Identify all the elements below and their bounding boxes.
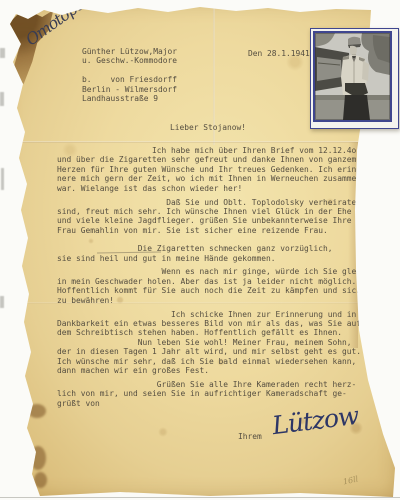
paragraph: Wenn es nach mir ginge, würde ich Sie gl… (57, 267, 369, 305)
edge-stain (28, 404, 46, 418)
text-line: sind, freut mich sehr. Ich wünsche Ihnen… (57, 207, 369, 216)
paragraph: Ich habe mich über Ihren Brief vom 12.12… (57, 146, 369, 193)
paragraph: Ich schicke Ihnen zur Erinnerung und inD… (57, 310, 369, 376)
address-line: b. von Friesdorff (82, 75, 177, 84)
text-line: Ich wünsche mir sehr, daß ich Sie bald e… (57, 357, 369, 366)
scan-edge-line (0, 497, 400, 498)
text-line: Hoffentlich kommt für Sie auch noch die … (57, 286, 369, 295)
text-line: dem Schreibtisch stehen haben. Hoffentli… (57, 328, 369, 337)
text-line: Wenn es nach mir ginge, würde ich Sie gl… (57, 267, 369, 276)
address-line: Landhausstraße 9 (82, 94, 177, 103)
closing-word: Ihrem (238, 432, 262, 441)
text-line: dann machen wir ein großes Fest. (57, 366, 369, 375)
scan-edge-artifact (1, 168, 4, 190)
text-line: Frau Gemahlin von mir. Sie ist sicher ei… (57, 226, 369, 235)
address-line: Günther Lützow,Major (82, 47, 177, 56)
text-line: sie sind heil und gut in meine Hände gek… (57, 254, 369, 263)
horizontal-fold-crease (10, 141, 358, 143)
pencil-mark: 16ll (342, 475, 359, 487)
text-line: Dankbarkeit ein etwas besseres Bild von … (57, 319, 369, 328)
text-line: Daß Sie und Oblt. Toplodolsky verheirate… (57, 198, 369, 207)
sender-address-block: Günther Lützow,Majoru. Geschw.-Kommodore… (82, 47, 177, 103)
address-line (82, 66, 177, 75)
text-line: der in diesen Tagen 1 Jahr alt wird, und… (57, 347, 369, 356)
text-line: Nun leben Sie wohl! Meiner Frau, meinem … (57, 338, 369, 347)
portrait-photo (310, 28, 399, 129)
portrait-photo-image (315, 33, 390, 120)
text-line: zu bewähren! (57, 296, 369, 305)
scan-edge-artifact (0, 48, 5, 58)
photo-frame-inner-border (313, 31, 392, 122)
text-line: in mein Geschwader holen. Aber das ist j… (57, 277, 369, 286)
text-line: lich von mir, und seien Sie in aufrichti… (57, 389, 369, 398)
text-line: nere mich gern der Zeit, wo ich mit Ihne… (57, 174, 369, 183)
text-line: Grüßen Sie alle Ihre Kameraden recht her… (57, 380, 369, 389)
scanned-letter-page: { "colors":{ "paper_base":"#eeda9f", "pa… (0, 0, 400, 500)
text-line: Ich schicke Ihnen zur Erinnerung und in (57, 310, 369, 319)
address-line: Berlin - Wilmersdorf (82, 85, 177, 94)
scan-edge-artifact (0, 296, 4, 308)
text-line: Ich habe mich über Ihren Brief vom 12.12… (57, 146, 369, 155)
edge-stain (34, 472, 47, 488)
handwritten-note: Omotopuus! (22, 0, 138, 49)
paragraph: Die Zigaretten schmecken ganz vorzüglich… (57, 244, 369, 263)
text-line: Die Zigaretten schmecken ganz vorzüglich… (57, 244, 369, 253)
paragraph: Daß Sie und Oblt. Toplodolsky verheirate… (57, 198, 369, 236)
text-line: war. Wielange ist das schon wieder her! (57, 184, 369, 193)
letter-body: Ich habe mich über Ihren Brief vom 12.12… (57, 146, 369, 408)
address-line: u. Geschw.-Kommodore (82, 56, 177, 65)
edge-stain (30, 446, 46, 470)
letter-date: Den 28.1.1941 (248, 49, 310, 58)
text-line: und über die Zigaretten sehr gefreut und… (57, 155, 369, 164)
salutation: Lieber Stojanow! (170, 123, 246, 132)
text-line: Herzen für Ihre guten Wünsche und Ihr tr… (57, 165, 369, 174)
scan-edge-artifact (0, 92, 4, 106)
text-line: und viele kleine Jagdflieger. grüßen Sie… (57, 216, 369, 225)
